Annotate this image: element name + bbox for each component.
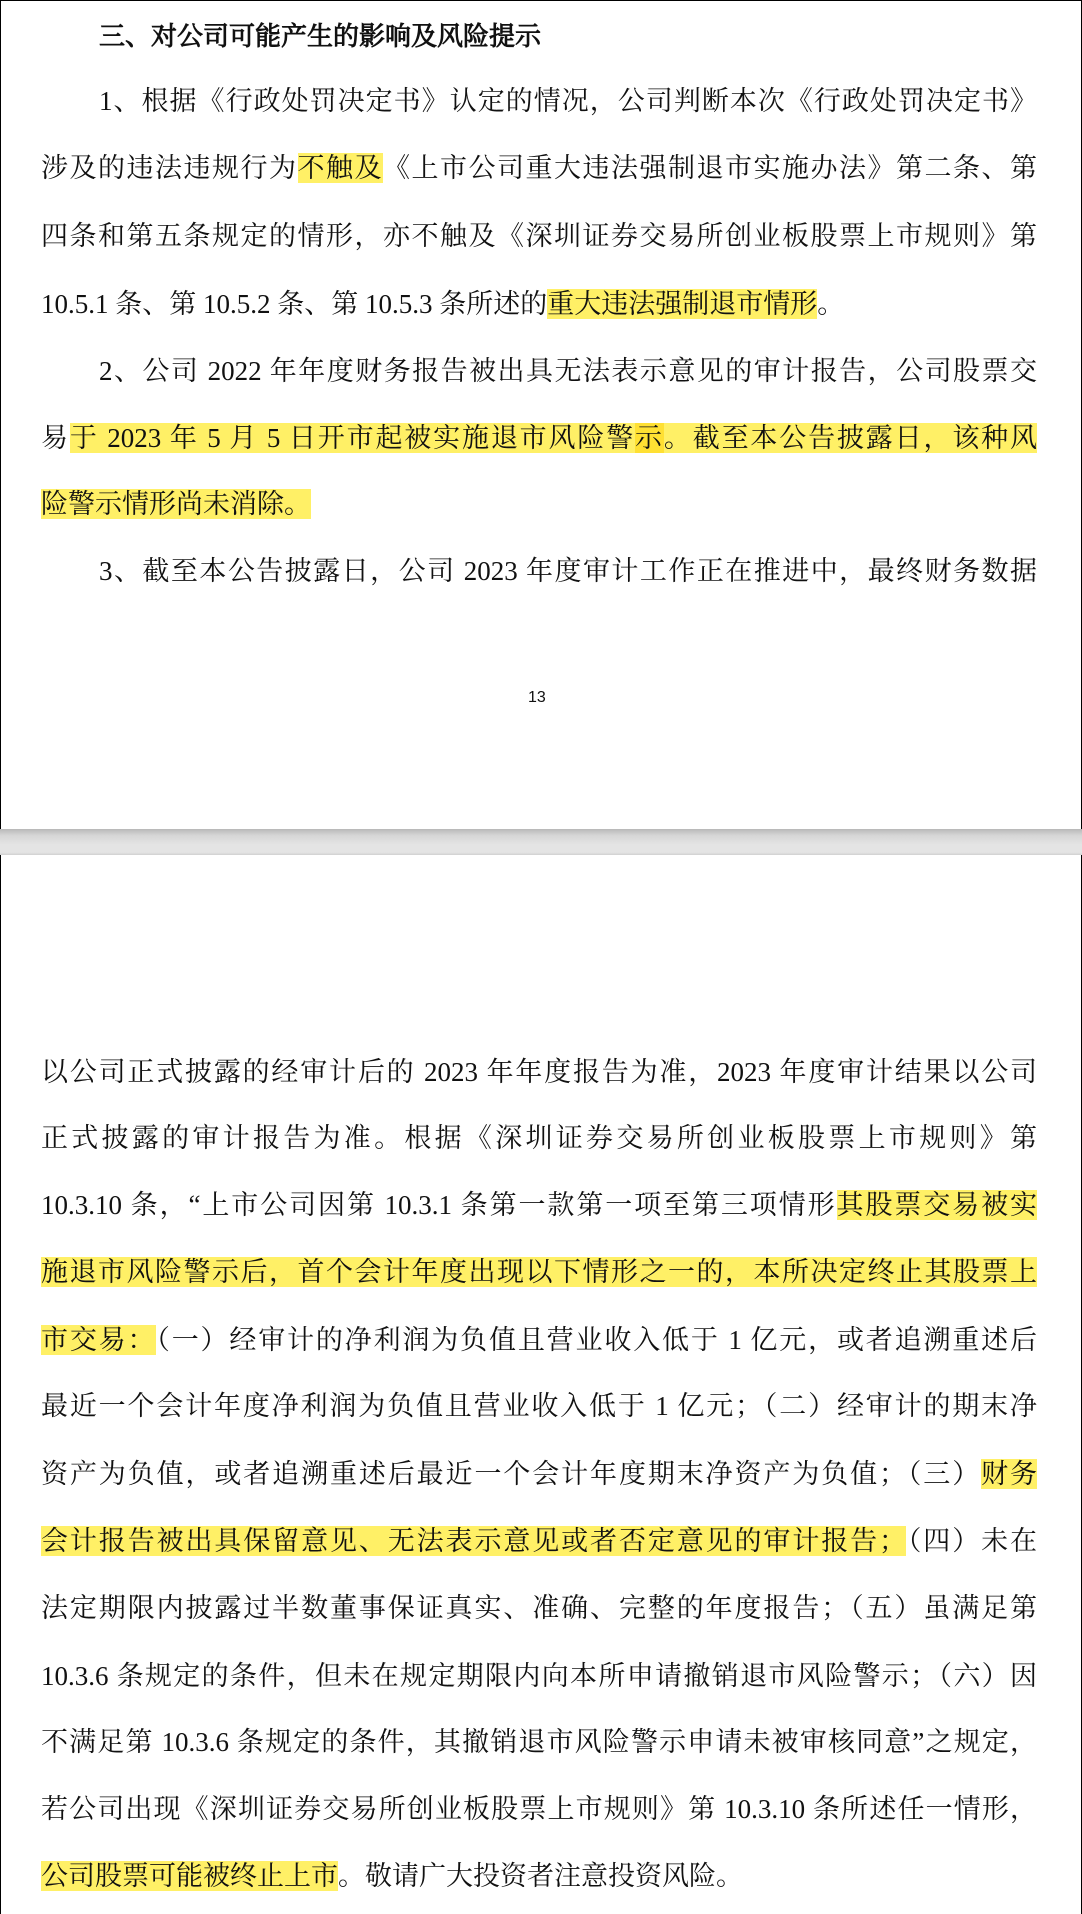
highlighted-text: 公司股票可能被终止上市 — [41, 1861, 338, 1891]
text-span: 法定期限内披露过半数董事保证真实、准确、完整的年度报告；（五）虽满足第 — [41, 1593, 1037, 1623]
text-line: 最近一个会计年度净利润为负值且营业收入低于 1 亿元；（二）经审计的期末净 — [41, 1386, 1037, 1426]
text-span: 《上市公司重大违法强制退市实施办法》第二条、第 — [383, 153, 1037, 183]
text-line: 施退市风险警示后，首个会计年度出现以下情形之一的，本所决定终止其股票上 — [41, 1252, 1037, 1292]
text-span: 1、根据《行政处罚决定书》认定的情况，公司判断本次《行政处罚决定书》 — [99, 86, 1037, 116]
text-line: 10.5.1 条、第 10.5.2 条、第 10.5.3 条所述的重大违法强制退… — [41, 284, 1037, 324]
highlighted-text: 重大违法强制退市情形 — [547, 289, 817, 319]
highlighted-text: 其股票交易被实 — [837, 1190, 1037, 1220]
highlighted-text: 施退市风险警示后，首个会计年度出现以下情形之一的，本所决定终止其股票上 — [41, 1257, 1037, 1287]
text-line: 不满足第 10.3.6 条规定的条件，其撤销退市风险警示申请未被审核同意”之规定… — [41, 1722, 1037, 1762]
highlighted-text: 财务 — [981, 1459, 1037, 1489]
text-line: 四条和第五条规定的情形，亦不触及《深圳证券交易所创业板股票上市规则》第 — [41, 216, 1037, 256]
text-span: 10.5.1 条、第 10.5.2 条、第 10.5.3 条所述的 — [41, 289, 547, 319]
text-span: 易 — [41, 423, 70, 453]
text-span: 正式披露的审计报告为准。根据《深圳证券交易所创业板股票上市规则》第 — [41, 1123, 1037, 1153]
text-line: 易于 2023 年 5 月 5 日开市起被实施退市风险警示。截至本公告披露日，该… — [41, 418, 1037, 458]
text-span: 3、截至本公告披露日，公司 2023 年度审计工作正在推进中，最终财务数据 — [99, 556, 1037, 586]
document-page-13: 三、对公司可能产生的影响及风险提示 1、根据《行政处罚决定书》认定的情况，公司判… — [0, 0, 1082, 830]
highlighted-text: 示 — [635, 423, 664, 453]
text-line: 险警示情形尚未消除。 — [41, 484, 1037, 524]
highlighted-text: 于 2023 年 5 月 5 日开市起被实施退市风险警 — [70, 423, 635, 453]
text-span: 2、公司 2022 年年度财务报告被出具无法表示意见的审计报告，公司股票交 — [99, 356, 1037, 386]
highlighted-text: 险警示情形尚未消除。 — [41, 489, 311, 519]
highlighted-text: 市交易： — [41, 1325, 156, 1355]
text-span: 涉及的违法违规行为 — [41, 153, 298, 183]
text-line: 1、根据《行政处罚决定书》认定的情况，公司判断本次《行政处罚决定书》 — [99, 81, 1037, 121]
text-span: 。 — [817, 289, 844, 319]
text-span: 不满足第 10.3.6 条规定的条件，其撤销退市风险警示申请未被审核同意”之规定… — [41, 1727, 1037, 1757]
text-line: 涉及的违法违规行为不触及《上市公司重大违法强制退市实施办法》第二条、第 — [41, 148, 1037, 188]
text-line: 市交易：（一）经审计的净利润为负值且营业收入低于 1 亿元，或者追溯重述后 — [41, 1320, 1037, 1360]
text-span: （一）经审计的净利润为负值且营业收入低于 1 亿元，或者追溯重述后 — [156, 1325, 1037, 1355]
text-line: 2、公司 2022 年年度财务报告被出具无法表示意见的审计报告，公司股票交 — [99, 351, 1037, 391]
text-span: 。敬请广大投资者注意投资风险。 — [338, 1861, 743, 1891]
text-span: 若公司出现《深圳证券交易所创业板股票上市规则》第 10.3.10 条所述任一情形… — [41, 1794, 1037, 1824]
text-line: 3、截至本公告披露日，公司 2023 年度审计工作正在推进中，最终财务数据 — [99, 551, 1037, 591]
text-span: 资产为负值，或者追溯重述后最近一个会计年度期末净资产为负值；（三） — [41, 1459, 981, 1489]
section-heading: 三、对公司可能产生的影响及风险提示 — [99, 17, 541, 57]
highlighted-text: 。截至本公告披露日，该种风 — [664, 423, 1037, 453]
text-line: 10.3.10 条，“上市公司因第 10.3.1 条第一款第一项至第三项情形其股… — [41, 1185, 1037, 1225]
text-line: 会计报告被出具保留意见、无法表示意见或者否定意见的审计报告；（四）未在 — [41, 1521, 1037, 1561]
text-line: 资产为负值，或者追溯重述后最近一个会计年度期末净资产为负值；（三）财务 — [41, 1454, 1037, 1494]
highlighted-text: 会计报告被出具保留意见、无法表示意见或者否定意见的审计报告； — [41, 1526, 906, 1556]
highlighted-text: 不触及 — [298, 153, 384, 183]
text-line: 10.3.6 条规定的条件，但未在规定期限内向本所申请撤销退市风险警示；（六）因 — [41, 1656, 1037, 1696]
text-span: 以公司正式披露的经审计后的 2023 年年度报告为准，2023 年度审计结果以公… — [41, 1057, 1037, 1087]
text-span: 四条和第五条规定的情形，亦不触及《深圳证券交易所创业板股票上市规则》第 — [41, 221, 1037, 251]
text-line: 以公司正式披露的经审计后的 2023 年年度报告为准，2023 年度审计结果以公… — [41, 1052, 1037, 1092]
text-span: 最近一个会计年度净利润为负值且营业收入低于 1 亿元；（二）经审计的期末净 — [41, 1391, 1037, 1421]
text-line: 公司股票可能被终止上市。敬请广大投资者注意投资风险。 — [41, 1856, 1037, 1896]
page-number: 13 — [528, 689, 546, 707]
document-page-14: 以公司正式披露的经审计后的 2023 年年度报告为准，2023 年度审计结果以公… — [0, 855, 1082, 1914]
text-span: （四）未在 — [906, 1526, 1037, 1556]
page-separator — [0, 829, 1082, 855]
text-line: 正式披露的审计报告为准。根据《深圳证券交易所创业板股票上市规则》第 — [41, 1118, 1037, 1158]
text-span: 10.3.6 条规定的条件，但未在规定期限内向本所申请撤销退市风险警示；（六）因 — [41, 1661, 1037, 1691]
text-line: 若公司出现《深圳证券交易所创业板股票上市规则》第 10.3.10 条所述任一情形… — [41, 1789, 1037, 1829]
text-span: 10.3.10 条，“上市公司因第 10.3.1 条第一款第一项至第三项情形 — [41, 1190, 837, 1220]
text-line: 法定期限内披露过半数董事保证真实、准确、完整的年度报告；（五）虽满足第 — [41, 1588, 1037, 1628]
